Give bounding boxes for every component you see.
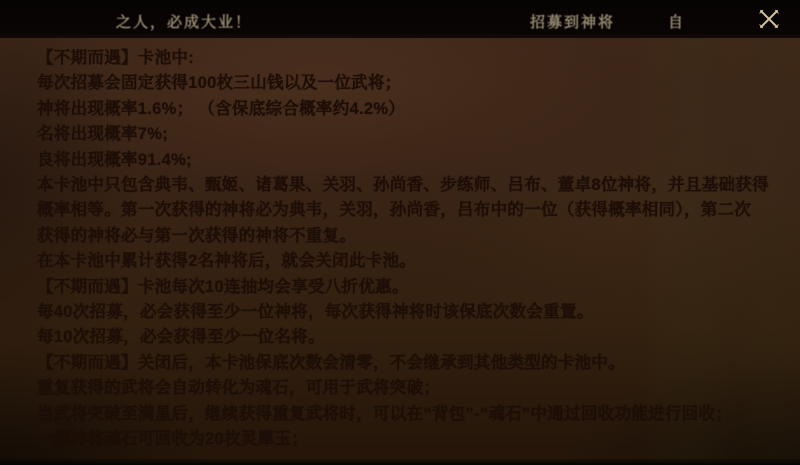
rule-line: 神将出现概率1.6%； （含保底综合概率约4.2%） (37, 97, 777, 122)
marquee-text-tail: 自 (668, 11, 685, 32)
rule-line: 重复获得的武将会自动转化为魂石，可用于武将突破； (37, 376, 777, 401)
close-button[interactable] (756, 6, 782, 32)
gacha-rules-dialog: 之人，必成大业！ 招募到神将 自 【不期而 (0, 0, 800, 465)
rule-line: 在本卡池中累计获得2名神将后，就会关闭此卡池。 (37, 249, 777, 274)
rule-line: 每次招募会固定获得100枚三山钱以及一位武将； (37, 71, 777, 96)
rules-text-block: 【不期而遇】卡池中:每次招募会固定获得100枚三山钱以及一位武将；神将出现概率1… (37, 46, 777, 453)
rule-line: 【不期而遇】卡池每次10连抽均会享受八折优惠。 (37, 275, 777, 300)
marquee-text-right: 招募到神将 (530, 11, 615, 32)
rule-line: 名将出现概率7%; (37, 122, 777, 147)
rule-line: 当武将突破至满星后，继续获得重复武将时，可以在“背包”-“魂石”中通过回收功能进… (37, 402, 777, 427)
rule-line: 本卡池中只包含典韦、甄姬、诸葛果、关羽、孙尚香、步练师、吕布、董卓8位神将，并且… (37, 173, 777, 198)
title-bar: 之人，必成大业！ 招募到神将 自 (0, 0, 800, 38)
rule-line: 良将出现概率91.4%; (37, 148, 777, 173)
rule-line: 概率相等。第一次获得的神将必为典韦，关羽，孙尚香，吕布中的一位（获得概率相同），… (37, 198, 777, 223)
close-icon (758, 9, 780, 29)
rule-line: 一颗神将魂石可回收为20枚灵犀玉； (37, 427, 777, 452)
rule-line: 【不期而遇】关闭后，本卡池保底次数会清零，不会继承到其他类型的卡池中。 (37, 351, 777, 376)
rule-line: 【不期而遇】卡池中: (37, 46, 777, 71)
rule-line: 获得的神将必与第一次获得的神将不重复。 (37, 224, 777, 249)
marquee-text-left: 之人，必成大业！ (116, 11, 252, 32)
rule-line: 每10次招募，必会获得至少一位名将。 (37, 325, 777, 350)
rule-line: 每40次招募，必会获得至少一位神将，每次获得神将时该保底次数会重置。 (37, 300, 777, 325)
